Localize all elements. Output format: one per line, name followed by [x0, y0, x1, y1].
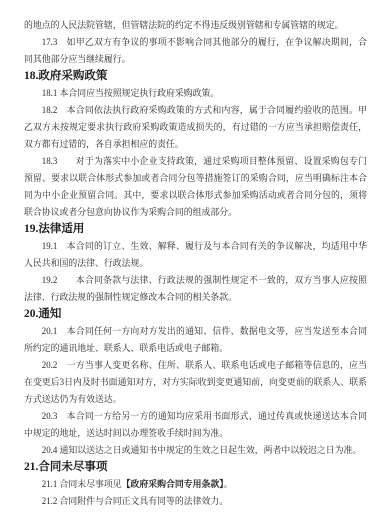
contract-paragraph: 21.1 合同未尽事项见【政府采购合同专用条款】。 — [24, 476, 367, 493]
section-heading: 21.合同未尽事项 — [24, 459, 367, 476]
text-run: 21.1 合同未尽事项见 — [42, 479, 122, 489]
document-page: 的地点的人民法院管辖，但管辖法院的约定不得违反级别管辖和专属管辖的规定。17.3… — [0, 0, 392, 527]
text-run: 20.通知 — [24, 308, 61, 320]
text-run: 20.3 本合同一方给另一方的通知均应采用书面形式，通过传真或快递送达本合同中规… — [24, 411, 367, 438]
text-run: 21.合同未尽事项 — [24, 461, 107, 473]
contract-paragraph: 20.2 一方当事人变更名称、住所、联系人、联系电话或电子邮箱等信息的，应当在变… — [24, 357, 367, 408]
contract-paragraph: 21.2 合同附件与合同正文具有同等的法律效力。 — [24, 493, 367, 510]
text-run: 18.3 对于为落实中小企业支持政策，通过采购项目整体预留、设置采购包专门预留、… — [24, 156, 367, 217]
section-heading: 19.法律适用 — [24, 221, 367, 238]
text-run: 18.1 本合同应当按照规定执行政府采购政策。 — [42, 88, 220, 98]
contract-paragraph: 18.1 本合同应当按照规定执行政府采购政策。 — [24, 85, 367, 102]
section-heading: 20.通知 — [24, 306, 367, 323]
text-run: 19.1 本合同的订立、生效、解释、履行及与本合同有关的争议解决，均适用中华人民… — [24, 241, 367, 268]
contract-paragraph: 18.3 对于为落实中小企业支持政策，通过采购项目整体预留、设置采购包专门预留、… — [24, 153, 367, 221]
text-run: 21.2 合同附件与合同正文具有同等的法律效力。 — [42, 496, 228, 506]
contract-paragraph: 20.3 本合同一方给另一方的通知均应采用书面形式，通过传真或快递送达本合同中规… — [24, 408, 367, 442]
text-run: 20.1 本合同任何一方向对方发出的通知、信件、数据电文等，应当发送至本合同所约… — [24, 326, 367, 353]
text-run: 20.4 通知以送达之日或通知书中规定的生效之日起生效，两者中以较迟之日为准。 — [42, 445, 362, 455]
emphasized-text: 【政府采购合同专用条款】 — [122, 479, 224, 489]
text-run: 19.法律适用 — [24, 223, 84, 235]
contract-paragraph: 17.3 如甲乙双方有争议的事项不影响合同其他部分的履行，在争议解决期间，合同其… — [24, 34, 367, 68]
text-run: 20.2 一方当事人变更名称、住所、联系人、联系电话或电子邮箱等信息的，应当在变… — [24, 360, 367, 404]
contract-paragraph: 19.1 本合同的订立、生效、解释、履行及与本合同有关的争议解决，均适用中华人民… — [24, 238, 367, 272]
text-run: 18.政府采购政策 — [24, 70, 107, 82]
text-run: 18.2 本合同依法执行政府采购政策的方式和内容，属于合同履约验收的范围。甲乙双… — [24, 105, 367, 149]
text-run: 的地点的人民法院管辖，但管辖法院的约定不得违反级别管辖和专属管辖的规定。 — [24, 20, 344, 30]
contract-paragraph: 18.2 本合同依法执行政府采购政策的方式和内容，属于合同履约验收的范围。甲乙双… — [24, 102, 367, 153]
contract-text-body: 的地点的人民法院管辖，但管辖法院的约定不得违反级别管辖和专属管辖的规定。17.3… — [24, 17, 367, 510]
text-run: 。 — [224, 479, 233, 489]
section-heading: 18.政府采购政策 — [24, 68, 367, 85]
contract-paragraph: 的地点的人民法院管辖，但管辖法院的约定不得违反级别管辖和专属管辖的规定。 — [24, 17, 367, 34]
contract-paragraph: 20.4 通知以送达之日或通知书中规定的生效之日起生效，两者中以较迟之日为准。 — [24, 442, 367, 459]
text-run: 19.2 本合同条款与法律、行政法规的强制性规定不一致的，双方当事人应按照法律、… — [24, 275, 367, 302]
text-run: 17.3 如甲乙双方有争议的事项不影响合同其他部分的履行，在争议解决期间，合同其… — [24, 37, 367, 64]
contract-paragraph: 19.2 本合同条款与法律、行政法规的强制性规定不一致的，双方当事人应按照法律、… — [24, 272, 367, 306]
contract-paragraph: 20.1 本合同任何一方向对方发出的通知、信件、数据电文等，应当发送至本合同所约… — [24, 323, 367, 357]
